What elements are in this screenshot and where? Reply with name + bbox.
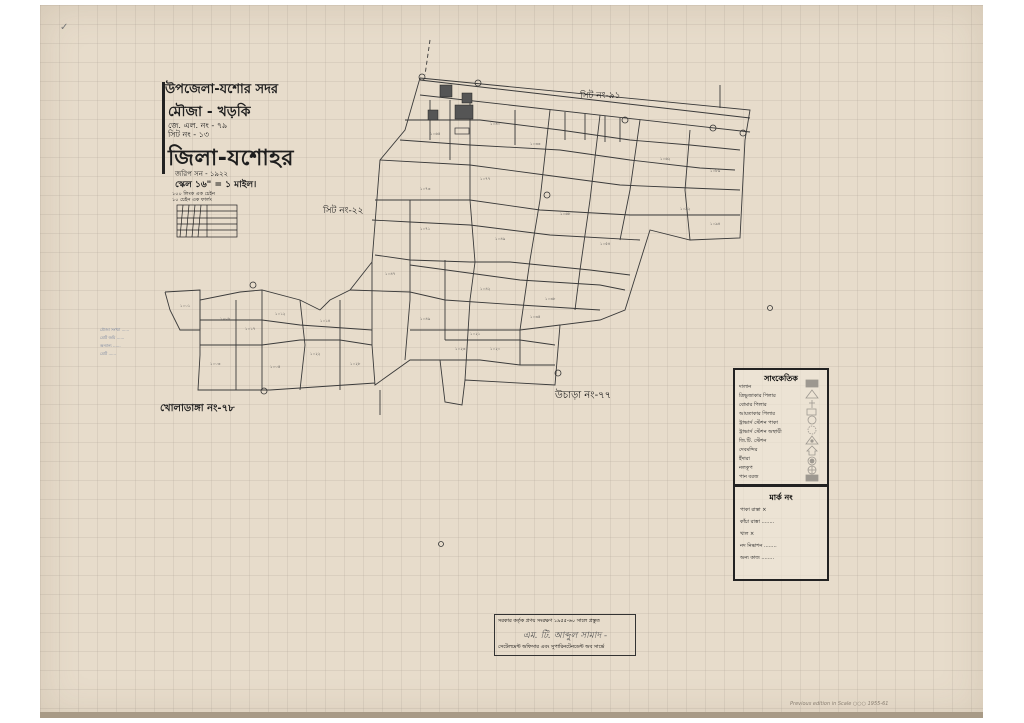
svg-text:১০৩৫: ১০৩৫ xyxy=(530,314,541,319)
svg-text:১০০৩: ১০০৩ xyxy=(210,361,221,366)
officer-designation: সেটেলমেন্ট অফিসার এবং সুপারিনটেনডেন্ট অব… xyxy=(498,644,604,652)
svg-text:১০৯৪: ১০৯৪ xyxy=(710,221,721,226)
svg-text:১০১৪: ১০১৪ xyxy=(320,318,331,323)
svg-text:১০০৮: ১০০৮ xyxy=(220,316,231,321)
svg-text:১০১৭: ১০১৭ xyxy=(245,326,256,331)
svg-text:১০৩৩: ১০৩৩ xyxy=(530,141,541,146)
adjacent-mouza-kholadanga-label: খোলাডাঙ্গা নং-৭৮ xyxy=(160,401,235,418)
svg-text:১০২০: ১০২০ xyxy=(490,346,501,351)
svg-text:১০০১: ১০০১ xyxy=(180,303,191,308)
scale-note-chains: ১০ চেইন এক ফার্লং xyxy=(172,197,212,205)
svg-text:১০৪৭: ১০৪৭ xyxy=(385,271,396,276)
svg-text:১০৫৪: ১০৫৪ xyxy=(600,241,611,246)
certification-box: সরকার কর্তৃক প্রণয় সংরক্ষণ ১৯৫৫-৬০ সালে… xyxy=(494,614,636,656)
adjacent-sheet-22-label: সিট নং-২২ xyxy=(323,203,363,218)
legend-item: পান বরজ xyxy=(739,474,758,482)
legend-item: ট্রাভার্স স্টেশন অস্থায়ী xyxy=(739,429,782,437)
svg-text:১০৮৯: ১০৮৯ xyxy=(710,168,721,173)
officer-signature: এম. টি. আব্দুল সামাদ - xyxy=(523,628,607,643)
legend-item: ত্রিভুজাকার পিলার xyxy=(739,393,776,401)
svg-text:১০৭১: ১০৭১ xyxy=(420,226,431,231)
svg-text:১০৪৯: ১০৪৯ xyxy=(420,316,431,321)
legend-item: ইঁদারা xyxy=(739,456,750,464)
legend-box: সাংকেতিক দালান ত্রিভুজাকার পিলার বোমার প… xyxy=(733,368,829,486)
mark-row: অন্য কাজ ........ xyxy=(740,555,774,563)
adjacent-sheet-91-label: সিট নং-৯১ xyxy=(580,88,620,103)
svg-text:১০২১: ১০২১ xyxy=(470,331,481,336)
certification-line: সরকার কর্তৃক প্রণয় সংরক্ষণ ১৯৫৫-৬০ সালে… xyxy=(498,618,600,626)
svg-text:১০২২: ১০২২ xyxy=(310,351,321,356)
adjacent-mouza-uchchara-label: উচাড়া নং-৭৭ xyxy=(555,388,611,405)
svg-text:১০৭৭: ১০৭৭ xyxy=(480,176,491,181)
svg-text:১০২৮: ১০২৮ xyxy=(350,361,361,366)
mark-number-box: মার্ক নং পাকা রাস্তা × কাঁচা রাস্তা ....… xyxy=(733,485,829,581)
edition-stamp: Previous edition in Scale ○○○ 1955-61 xyxy=(790,701,888,707)
upazila-title: উপজেলা-যশোর সদর xyxy=(165,80,278,101)
legend-item: ট্রাভার্স স্টেশন পাকা xyxy=(739,420,778,428)
side-note: মোট ...... xyxy=(100,350,129,358)
svg-text:১০৪০: ১০৪০ xyxy=(490,121,501,126)
svg-text:১০৩৮: ১০৩৮ xyxy=(545,296,556,301)
side-note: অন্যান্য ...... xyxy=(100,342,129,350)
legend-item: জি.টি. স্টেশন xyxy=(739,438,766,446)
mark-row: পাকা রাস্তা × xyxy=(740,507,766,515)
svg-text:১০৬৫: ১০৬৫ xyxy=(430,131,441,136)
mark-row: খাল × xyxy=(740,531,754,539)
legend-item: দেবমন্দির xyxy=(739,447,757,455)
side-note: মৌজা সংখ্যা ...... xyxy=(100,326,129,334)
mark-row: নদ নিষ্কাশন ........ xyxy=(740,543,777,551)
svg-text:১০০৫: ১০০৫ xyxy=(270,364,281,369)
side-notes: মৌজা সংখ্যা ...... মোট জমি ...... অন্যান… xyxy=(100,326,129,358)
side-note: মোট জমি ...... xyxy=(100,334,129,342)
svg-text:১০২৩: ১০২৩ xyxy=(455,346,466,351)
svg-text:১০১২: ১০১২ xyxy=(275,311,286,316)
legend-item: বোমার পিলার xyxy=(739,402,767,410)
svg-text:১০৪২: ১০৪২ xyxy=(480,286,491,291)
mark-row: কাঁচা রাস্তা ........ xyxy=(740,519,774,527)
svg-text:১০৬৮: ১০৬৮ xyxy=(560,211,571,216)
legend-item: দালান xyxy=(739,384,751,392)
svg-text:১০৪৯: ১০৪৯ xyxy=(495,236,506,241)
map-scale: স্কেল ১৬" = ১ মাইল। xyxy=(175,177,256,192)
mark-box-title: মার্ক নং xyxy=(735,492,827,505)
svg-text:১০৭৩: ১০৭৩ xyxy=(420,186,431,191)
legend-item: আয়তাকার পিলার xyxy=(739,411,775,419)
svg-text:১০৯২: ১০৯২ xyxy=(680,206,691,211)
legend-item: নলকূপ xyxy=(739,465,753,473)
pencil-check-mark: ✓ xyxy=(60,22,68,33)
svg-text:১০৬২: ১০৬২ xyxy=(660,156,671,161)
